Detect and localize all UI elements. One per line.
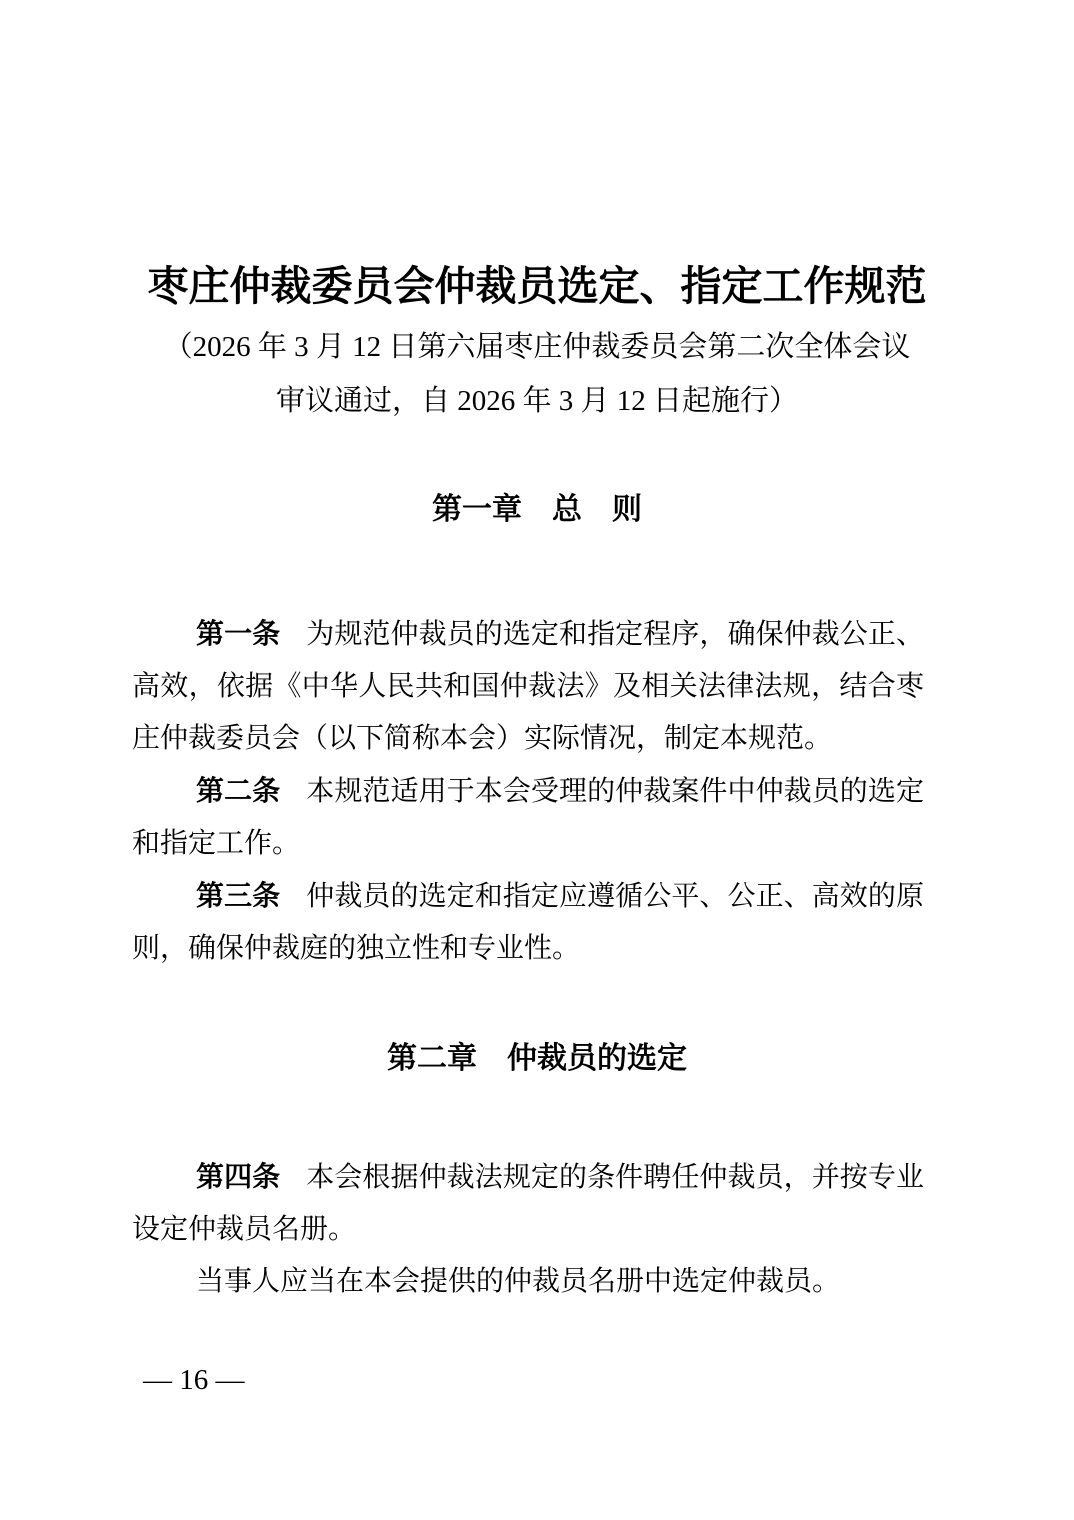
- chapter-2-heading: 第二章 仲裁员的选定: [132, 1037, 942, 1081]
- article-1-label: 第一条: [196, 618, 280, 649]
- chapter-1-body: 第一条为规范仲裁员的选定和指定程序，确保仲裁公正、高效，依据《中华人民共和国仲裁…: [132, 608, 942, 975]
- article-3-label: 第三条: [196, 880, 280, 911]
- article-4-paragraph: 第四条本会根据仲裁法规定的条件聘任仲裁员，并按专业设定仲裁员名册。: [132, 1151, 924, 1256]
- document-subtitle-line-1: （2026 年 3 月 12 日第六届枣庄仲裁委员会第二次全体会议: [132, 326, 942, 368]
- chapter-1-heading: 第一章 总 则: [132, 488, 942, 532]
- article-4-paragraph-2-text: 当事人应当在本会提供的仲裁员名册中选定仲裁员。: [196, 1266, 840, 1297]
- chapter-2-body: 第四条本会根据仲裁法规定的条件聘任仲裁员，并按专业设定仲裁员名册。 当事人应当在…: [132, 1151, 942, 1308]
- article-4-paragraph-2: 当事人应当在本会提供的仲裁员名册中选定仲裁员。: [132, 1256, 924, 1308]
- document-subtitle-line-2: 审议通过，自 2026 年 3 月 12 日起施行）: [132, 380, 942, 422]
- article-3-paragraph: 第三条仲裁员的选定和指定应遵循公平、公正、高效的原则，确保仲裁庭的独立性和专业性…: [132, 870, 924, 975]
- article-4-label: 第四条: [196, 1161, 280, 1192]
- article-1-paragraph: 第一条为规范仲裁员的选定和指定程序，确保仲裁公正、高效，依据《中华人民共和国仲裁…: [132, 608, 924, 765]
- page-number: — 16 —: [143, 1362, 245, 1398]
- document-title: 枣庄仲裁委员会仲裁员选定、指定工作规范: [132, 260, 942, 312]
- article-2-label: 第二条: [196, 775, 280, 806]
- document-page: 枣庄仲裁委员会仲裁员选定、指定工作规范 （2026 年 3 月 12 日第六届枣…: [0, 0, 1074, 1520]
- document-content: 枣庄仲裁委员会仲裁员选定、指定工作规范 （2026 年 3 月 12 日第六届枣…: [132, 0, 942, 1308]
- article-2-paragraph: 第二条本规范适用于本会受理的仲裁案件中仲裁员的选定和指定工作。: [132, 765, 924, 870]
